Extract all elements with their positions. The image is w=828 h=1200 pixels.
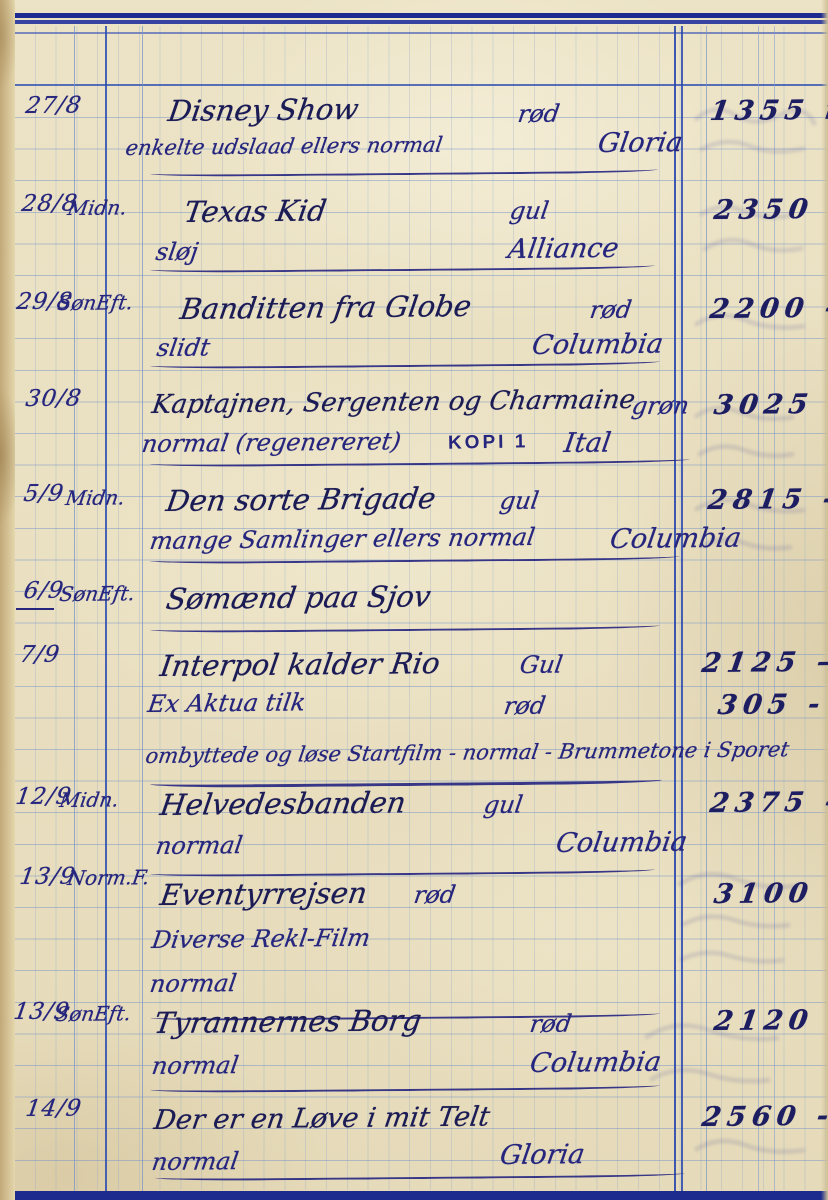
condition-note-2: normal <box>148 969 238 998</box>
session-label: Midn. <box>58 787 121 812</box>
distributor: Columbia <box>554 827 689 859</box>
bleed-through-mark <box>690 1125 820 1195</box>
top-rule-heavy-1 <box>0 13 828 18</box>
ink-separator <box>150 262 655 273</box>
amount: 2120 - <box>712 1005 828 1037</box>
session-label: Midn. <box>66 195 129 220</box>
entry-date: 30/8 <box>24 385 84 412</box>
film-title: Helvedesbanden <box>158 785 408 822</box>
header-bottom-rule <box>0 84 828 86</box>
condition-note: normal (regenereret) <box>140 427 403 458</box>
film-title: Disney Show <box>166 92 361 128</box>
amount: 3100 - <box>712 878 828 910</box>
film-title: Texas Kid <box>182 194 329 229</box>
session-label: SønEft. <box>58 581 137 606</box>
color-code: Gul <box>518 651 565 679</box>
supplement-note: Ex Aktua tilk <box>146 688 308 718</box>
condition-note: enkelte udslaad ellers normal <box>124 133 444 160</box>
session-label: Norm.F. <box>66 865 151 890</box>
entry-date: 7/9 <box>18 642 62 668</box>
ink-separator <box>150 1082 660 1093</box>
film-title: Tyrannernes Borg <box>152 1003 424 1040</box>
amount: 1355 m <box>708 94 828 127</box>
bottom-rule-heavy <box>0 1191 828 1200</box>
ink-separator <box>150 866 655 877</box>
amount: 2815 - <box>706 484 828 516</box>
condition-note: sløj <box>154 238 200 266</box>
entry-date: 5/9 <box>22 481 66 507</box>
film-title: Kaptajnen, Sergenten og Charmaine <box>150 385 637 420</box>
film-title: Sømænd paa Sjov <box>164 579 433 616</box>
color-code: rød <box>588 296 634 324</box>
color-code: rød <box>412 881 458 909</box>
date-underline <box>16 608 54 610</box>
condition-note: Diverse Rekl-Film <box>150 924 372 954</box>
column-line-strong <box>674 26 676 1191</box>
condition-note: normal <box>150 1147 240 1176</box>
copy-label: KOPI 1 <box>448 431 529 454</box>
entry-date: 14/9 <box>24 1095 84 1122</box>
ink-separator <box>150 456 690 468</box>
distributor: Ital <box>562 428 613 459</box>
column-line <box>142 26 143 1191</box>
column-line-strong <box>681 26 683 1191</box>
ink-separator <box>150 358 660 369</box>
film-title: Banditten fra Globe <box>178 289 474 326</box>
film-title: Interpol kalder Rio <box>158 646 442 683</box>
ink-separator <box>150 553 680 565</box>
ink-separator <box>150 166 658 177</box>
film-title: Der er en Løve i mit Telt <box>152 1101 492 1136</box>
entry-date: 27/8 <box>24 92 84 119</box>
distributor: Gloria <box>596 127 685 159</box>
supplement-amount: 305 - <box>716 689 828 721</box>
column-line <box>706 26 707 1191</box>
amount: 2375 - <box>708 787 828 819</box>
distributor: Columbia <box>528 1047 663 1079</box>
color-code: grøn <box>630 391 691 420</box>
top-rule-thin <box>0 32 828 34</box>
color-code: rød <box>516 100 562 128</box>
condition-note: normal <box>150 1051 240 1080</box>
color-code: gul <box>482 791 525 819</box>
distributor: Columbia <box>608 523 743 555</box>
amount: 3025 - <box>712 389 828 421</box>
top-rule-heavy-2 <box>0 20 828 24</box>
amount: 2200 - <box>708 293 828 325</box>
distributor: Alliance <box>506 233 621 265</box>
distributor: Gloria <box>498 1139 587 1171</box>
film-title: Eventyrrejsen <box>158 876 369 912</box>
ledger-page: 27/8 Disney Show rød 1355 m enkelte udsl… <box>0 0 828 1200</box>
color-code: rød <box>528 1010 574 1038</box>
film-title: Den sorte Brigade <box>164 481 438 518</box>
color-code: gul <box>498 487 541 515</box>
session-label: SønEft. <box>56 290 135 315</box>
supplement-color-code: rød <box>502 692 548 720</box>
amount: 2560 - <box>700 1101 828 1133</box>
condition-note: mange Samlinger ellers normal <box>148 523 537 555</box>
condition-note: slidt <box>155 333 212 362</box>
distributor: Columbia <box>530 329 665 361</box>
condition-note: normal <box>154 831 244 860</box>
amount: 2350 - <box>712 194 828 226</box>
session-label: Midn. <box>64 485 127 510</box>
amount: 2125 — <box>700 646 828 679</box>
session-label: SønEft. <box>54 1001 133 1026</box>
color-code: gul <box>508 197 551 225</box>
ink-separator <box>150 622 660 633</box>
condition-note: ombyttede og løse Startfilm - normal - B… <box>144 737 791 768</box>
